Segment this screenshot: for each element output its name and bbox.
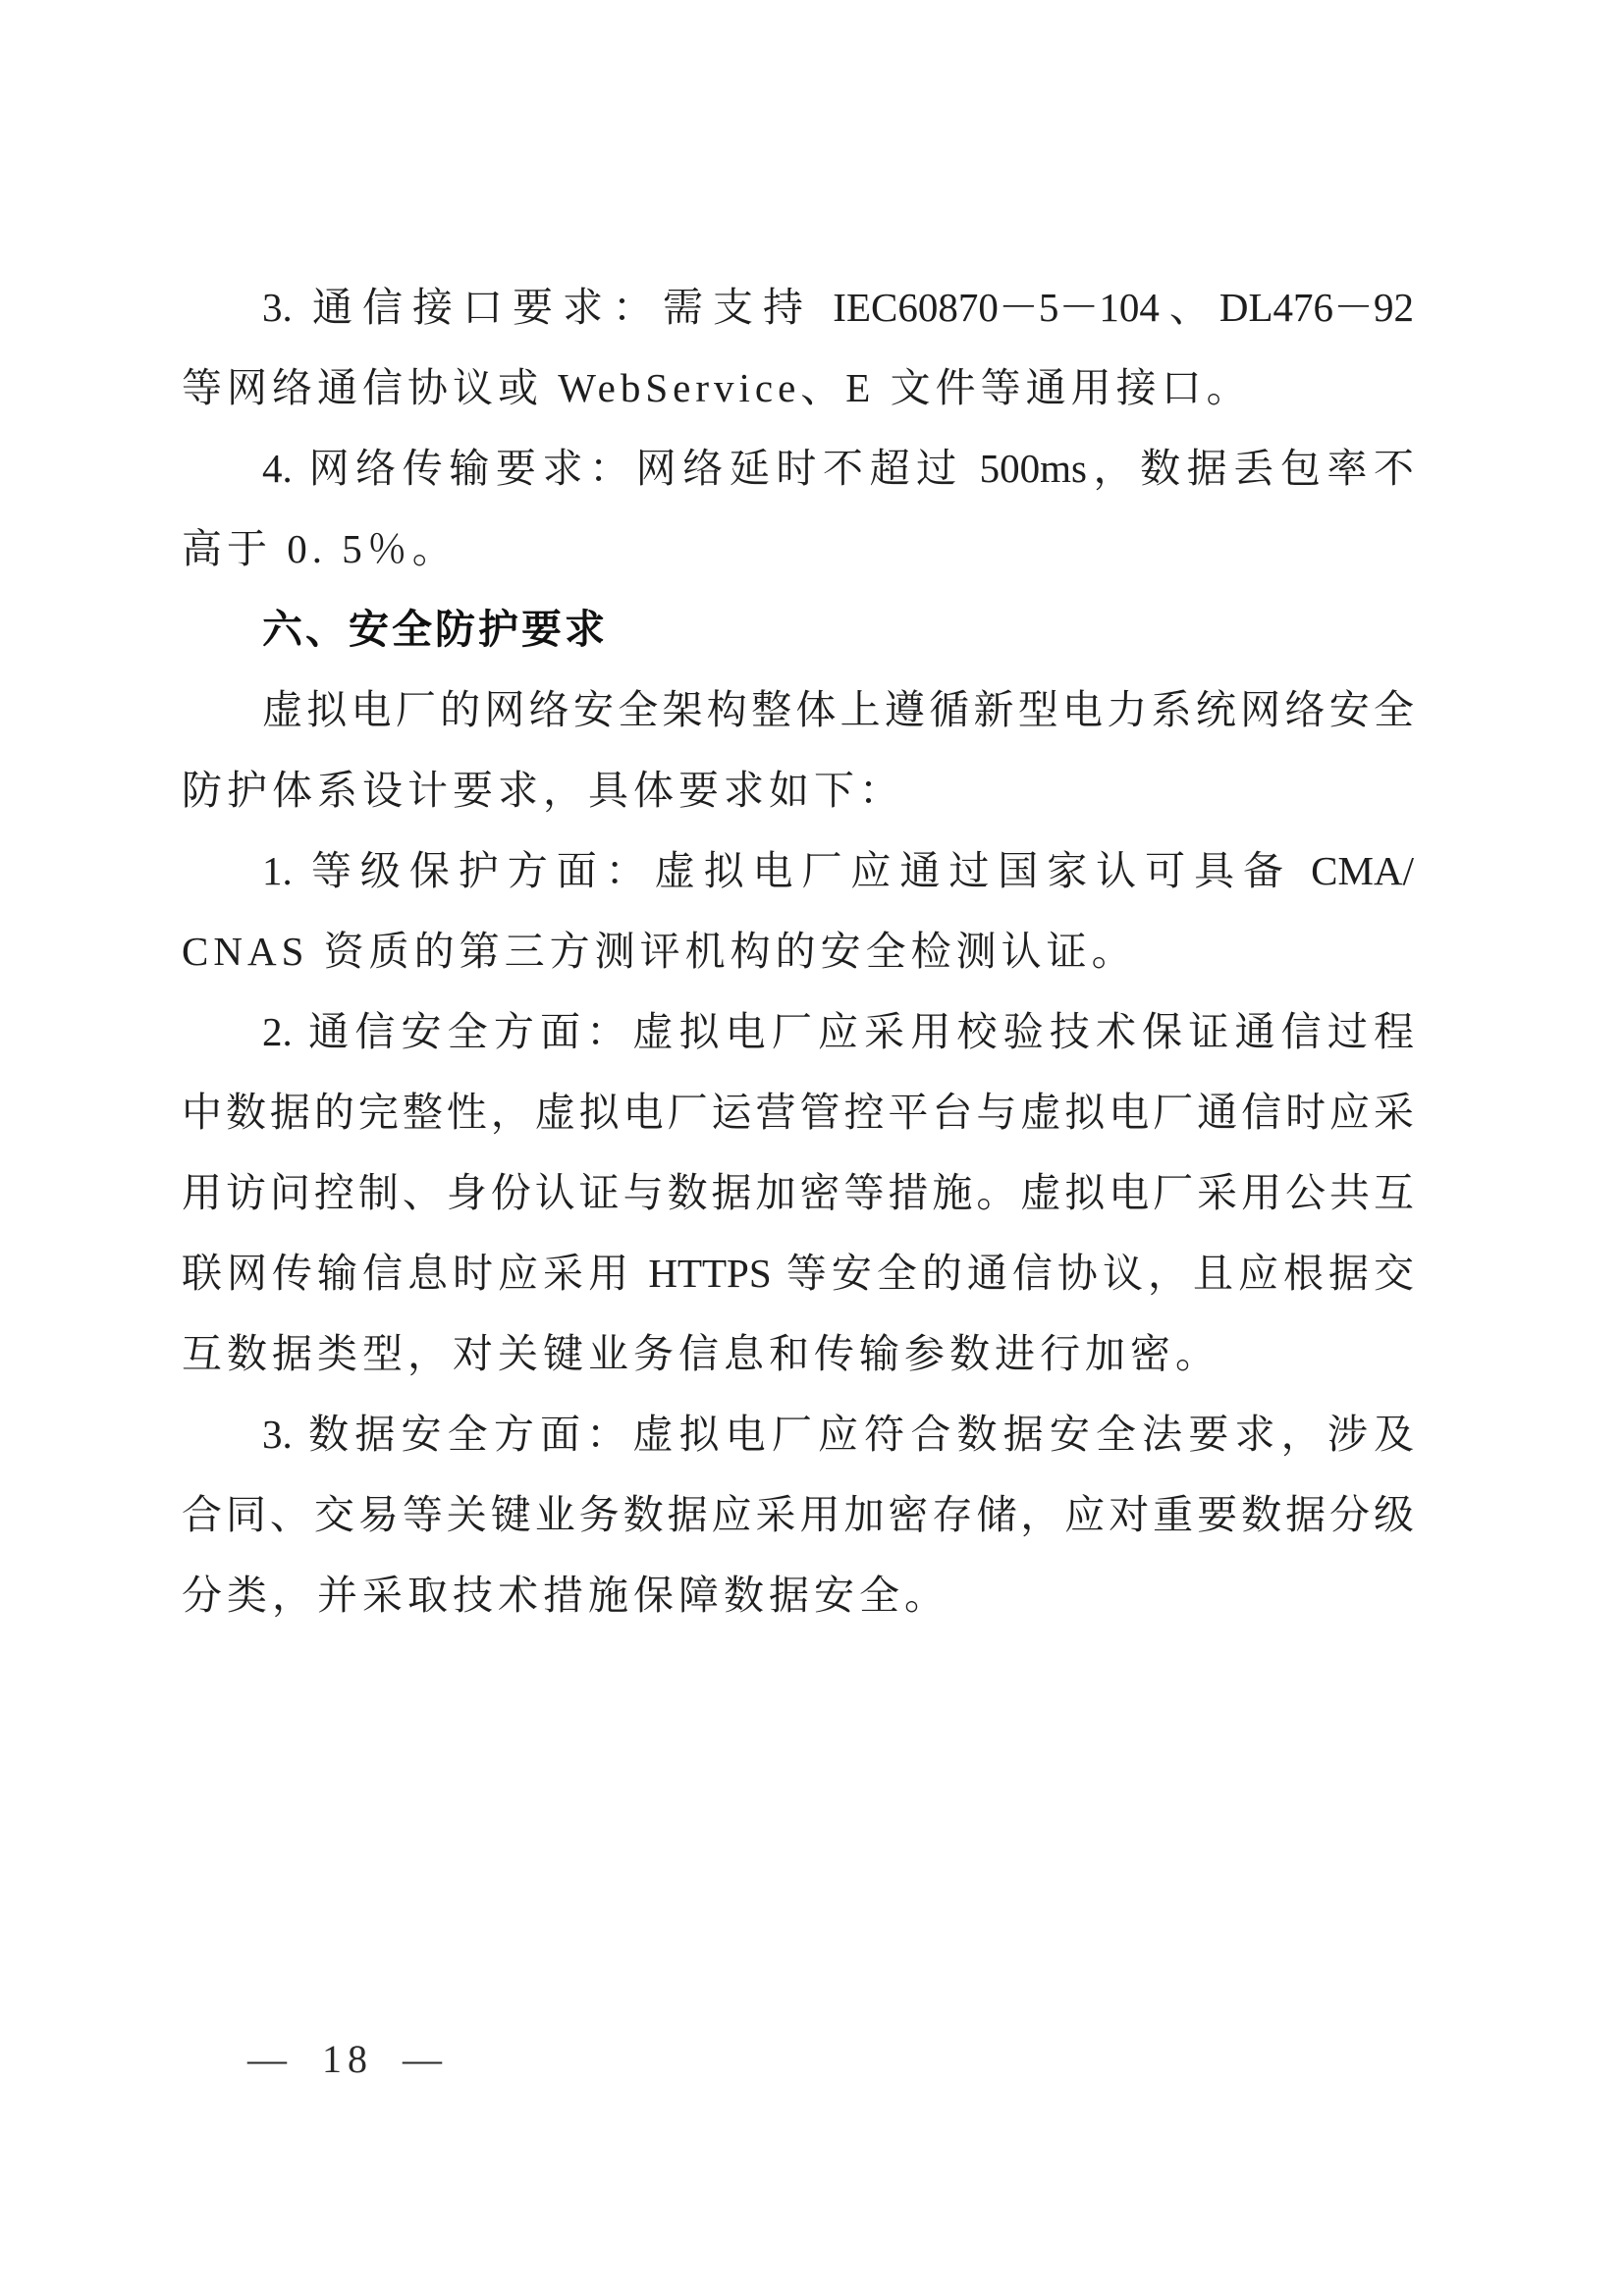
paragraph-line-security-intro-1: 虚拟电厂的网络安全架构整体上遵循新型电力系统网络安全 (182, 669, 1414, 750)
page-number: — 18 — (247, 2034, 448, 2085)
paragraph-line-comm-security-3: 用访问控制、身份认证与数据加密等措施。虚拟电厂采用公共互 (182, 1152, 1414, 1233)
paragraph-line-grade-protection-2: CNAS 资质的第三方测评机构的安全检测认证。 (182, 911, 1414, 991)
paragraph-line-comm-security-5: 互数据类型，对关键业务信息和传输参数进行加密。 (182, 1313, 1414, 1394)
paragraph-line-data-security-3: 分类，并采取技术措施保障数据安全。 (182, 1555, 1414, 1635)
section-heading-security: 六、安全防护要求 (182, 589, 1414, 669)
paragraph-line-comm-security-1: 2. 通信安全方面：虚拟电厂应采用校验技术保证通信过程 (182, 991, 1414, 1072)
paragraph-line-network-transfer-1: 4. 网络传输要求：网络延时不超过 500ms，数据丢包率不 (182, 428, 1414, 508)
document-page: 3. 通信接口要求：需支持 IEC60870－5－104、DL476－92 等网… (0, 0, 1624, 2296)
paragraph-line-data-security-2: 合同、交易等关键业务数据应采用加密存储，应对重要数据分级 (182, 1474, 1414, 1555)
paragraph-line-security-intro-2: 防护体系设计要求，具体要求如下： (182, 750, 1414, 830)
paragraph-line-comm-security-4: 联网传输信息时应采用 HTTPS 等安全的通信协议，且应根据交 (182, 1233, 1414, 1313)
document-body: 3. 通信接口要求：需支持 IEC60870－5－104、DL476－92 等网… (182, 267, 1414, 1635)
paragraph-line-comm-security-2: 中数据的完整性，虚拟电厂运营管控平台与虚拟电厂通信时应采 (182, 1072, 1414, 1152)
paragraph-line-network-transfer-2: 高于 0. 5％。 (182, 508, 1414, 589)
paragraph-line-comm-interface-2: 等网络通信协议或 WebService、E 文件等通用接口。 (182, 347, 1414, 428)
paragraph-line-data-security-1: 3. 数据安全方面：虚拟电厂应符合数据安全法要求，涉及 (182, 1394, 1414, 1474)
paragraph-line-comm-interface-1: 3. 通信接口要求：需支持 IEC60870－5－104、DL476－92 (182, 267, 1414, 347)
paragraph-line-grade-protection-1: 1. 等级保护方面：虚拟电厂应通过国家认可具备 CMA/ (182, 830, 1414, 911)
